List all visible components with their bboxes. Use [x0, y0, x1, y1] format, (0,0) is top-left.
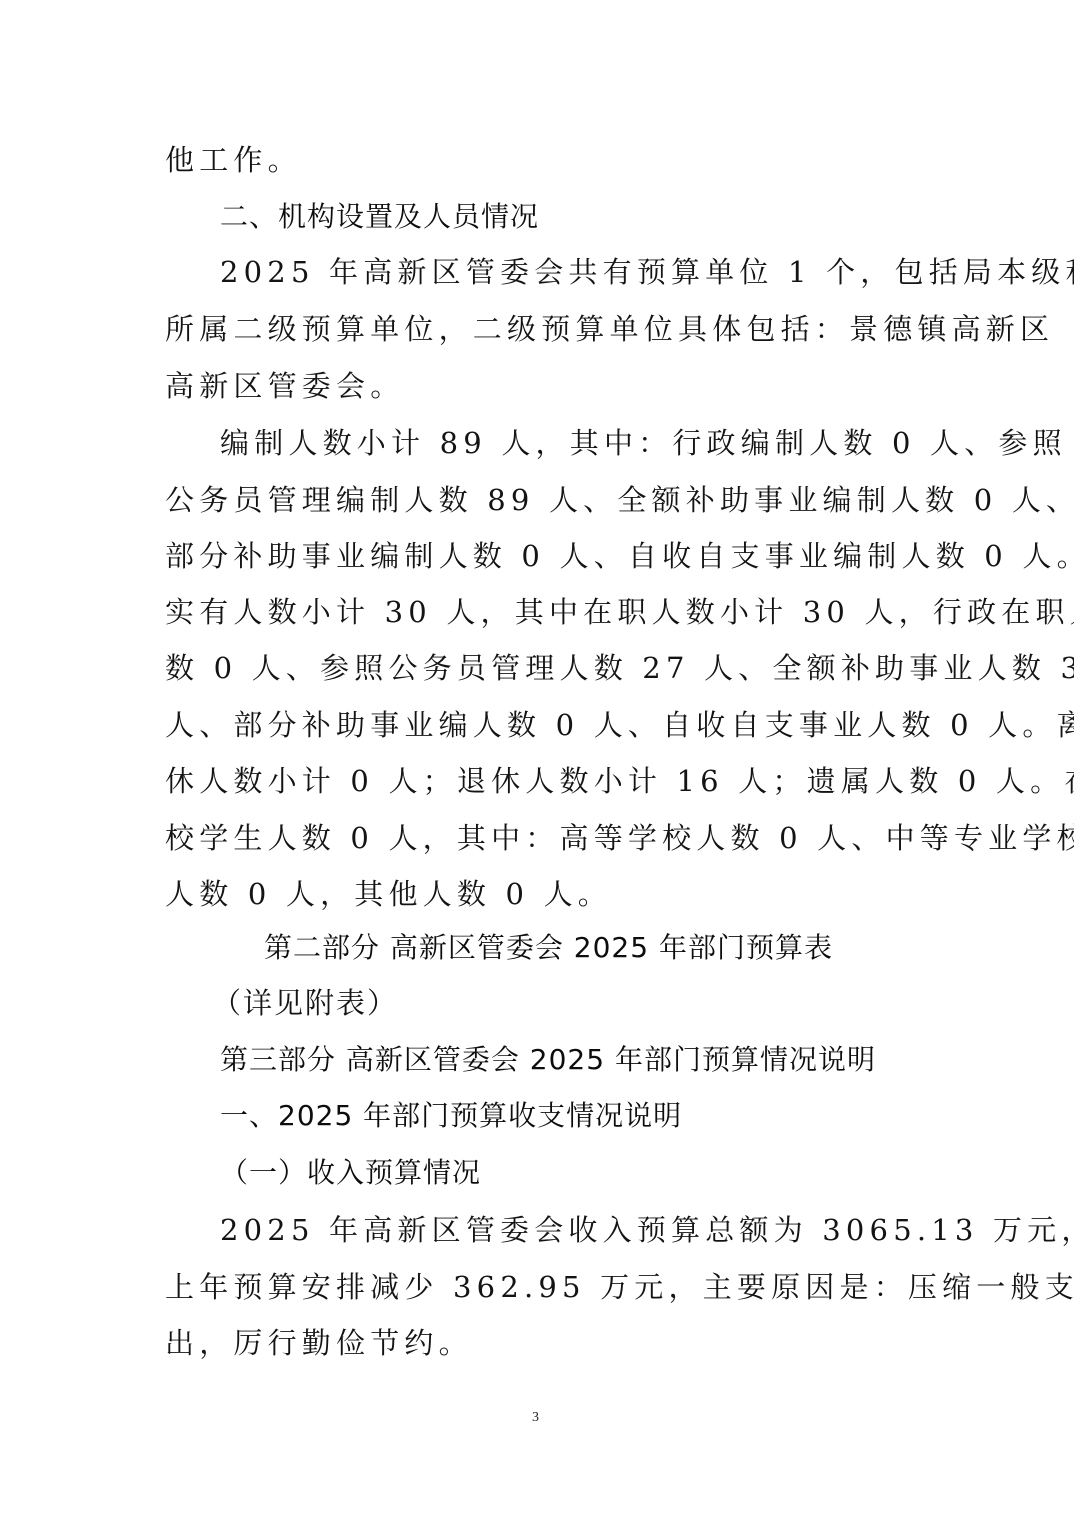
paragraph-line: 部分补助事业编制人数 0 人、自收自支事业编制人数 0 人。: [165, 536, 1074, 576]
paragraph-line: 高新区管委会。: [165, 366, 404, 406]
paragraph-line: 上年预算安排减少 362.95 万元，主要原因是：压缩一般支: [165, 1267, 1074, 1307]
section-heading-budget-overview: 一、2025 年部门预算收支情况说明: [220, 1096, 682, 1136]
see-attachment-note: （详见附表）: [212, 983, 398, 1023]
section-heading-organization: 二、机构设置及人员情况: [220, 197, 539, 237]
paragraph-line: 数 0 人、参照公务员管理人数 27 人、全额补助事业人数 3: [165, 648, 1074, 688]
paragraph-line: 出，厉行勤俭节约。: [165, 1323, 473, 1363]
paragraph-line: 2025 年高新区管委会共有预算单位 1 个，包括局本级和: [220, 252, 1074, 292]
paragraph-line: 2025 年高新区管委会收入预算总额为 3065.13 万元，较: [220, 1210, 1074, 1250]
paragraph-line: 实有人数小计 30 人，其中在职人数小计 30 人，行政在职人: [165, 592, 1074, 632]
part-three-heading: 第三部分 高新区管委会 2025 年部门预算情况说明: [220, 1040, 876, 1080]
paragraph-line: 他工作。: [165, 140, 302, 180]
paragraph-line: 人、部分补助事业编人数 0 人、自收自支事业人数 0 人。离: [165, 705, 1074, 745]
part-two-heading: 第二部分 高新区管委会 2025 年部门预算表: [264, 928, 833, 968]
subsection-heading-income: （一）收入预算情况: [220, 1153, 481, 1193]
paragraph-line: 人数 0 人，其他人数 0 人。: [165, 874, 612, 914]
paragraph-line: 公务员管理编制人数 89 人、全额补助事业编制人数 0 人、: [165, 480, 1074, 520]
paragraph-line: 所属二级预算单位，二级预算单位具体包括：景德镇高新区: [165, 309, 1054, 349]
paragraph-line: 休人数小计 0 人；退休人数小计 16 人；遗属人数 0 人。在: [165, 761, 1074, 801]
paragraph-line: 校学生人数 0 人，其中：高等学校人数 0 人、中等专业学校: [165, 818, 1074, 858]
document-page: 他工作。 二、机构设置及人员情况 2025 年高新区管委会共有预算单位 1 个，…: [0, 0, 1074, 1520]
paragraph-line: 编制人数小计 89 人，其中：行政编制人数 0 人、参照: [220, 423, 1067, 463]
page-number: 3: [532, 1410, 539, 1426]
